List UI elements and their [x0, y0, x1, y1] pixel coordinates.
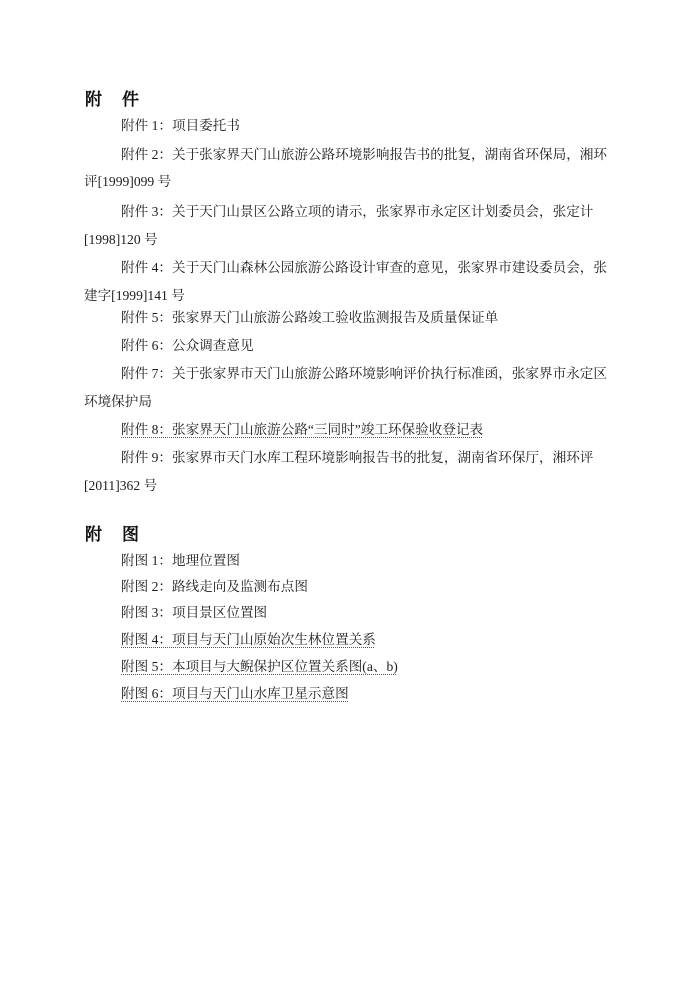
attachment-7-line-1: 附件 7：关于张家界市天门山旅游公路环境影响评价执行标准函，张家界市永定区: [121, 365, 607, 383]
figure-4: 附图 4：项目与天门山原始次生林位置关系: [121, 631, 376, 649]
figure-5: 附图 5：本项目与大鲵保护区位置关系图(a、b): [121, 658, 398, 676]
figure-6: 附图 6：项目与天门山水库卫星示意图: [121, 685, 349, 703]
attachment-3-line-2: [1998]120 号: [84, 231, 158, 249]
attachment-1: 附件 1：项目委托书: [121, 117, 240, 135]
attachment-3-line-1: 附件 3：关于天门山景区公路立项的请示，张家界市永定区计划委员会，张定计: [121, 203, 593, 221]
figure-4-link[interactable]: 附图 4：项目与天门山原始次生林位置关系: [121, 632, 376, 647]
figures-heading-char-1: 附: [85, 525, 102, 544]
figure-6-link[interactable]: 附图 6：项目与天门山水库卫星示意图: [121, 686, 349, 701]
figure-5-link[interactable]: 附图 5：本项目与大鲵保护区位置关系图(a、b): [121, 659, 398, 674]
figure-1: 附图 1：地理位置图: [121, 552, 240, 570]
attachment-9-line-1: 附件 9：张家界市天门水库工程环境影响报告书的批复，湖南省环保厅，湘环评: [121, 449, 593, 467]
figures-heading-char-2: 图: [122, 525, 139, 544]
attachment-4-line-2: 建字[1999]141 号: [84, 287, 185, 305]
attachment-6: 附件 6：公众调查意见: [121, 337, 254, 355]
attachments-heading-char-1: 附: [85, 90, 102, 109]
attachment-9-line-2: [2011]362 号: [84, 477, 157, 495]
attachment-5: 附件 5：张家界天门山旅游公路竣工验收监测报告及质量保证单: [121, 309, 498, 327]
figure-3: 附图 3：项目景区位置图: [121, 604, 267, 622]
attachment-2-line-2: 评[1999]099 号: [84, 173, 171, 191]
attachment-8-link[interactable]: 附件 8：张家界天门山旅游公路“三同时”竣工环保验收登记表: [121, 422, 483, 437]
attachment-7-line-2: 环境保护局: [84, 393, 152, 411]
attachment-8: 附件 8：张家界天门山旅游公路“三同时”竣工环保验收登记表: [121, 421, 483, 439]
attachments-heading: 附件: [85, 90, 139, 110]
attachment-4-line-1: 附件 4：关于天门山森林公园旅游公路设计审查的意见，张家界市建设委员会，张: [121, 259, 607, 277]
figure-2: 附图 2：路线走向及监测布点图: [121, 578, 308, 596]
attachments-heading-char-2: 件: [122, 90, 139, 109]
document-page: 附件 附件 1：项目委托书 附件 2：关于张家界天门山旅游公路环境影响报告书的批…: [0, 0, 700, 990]
figures-heading: 附图: [85, 525, 139, 545]
attachment-2-line-1: 附件 2：关于张家界天门山旅游公路环境影响报告书的批复，湖南省环保局，湘环: [121, 146, 607, 164]
